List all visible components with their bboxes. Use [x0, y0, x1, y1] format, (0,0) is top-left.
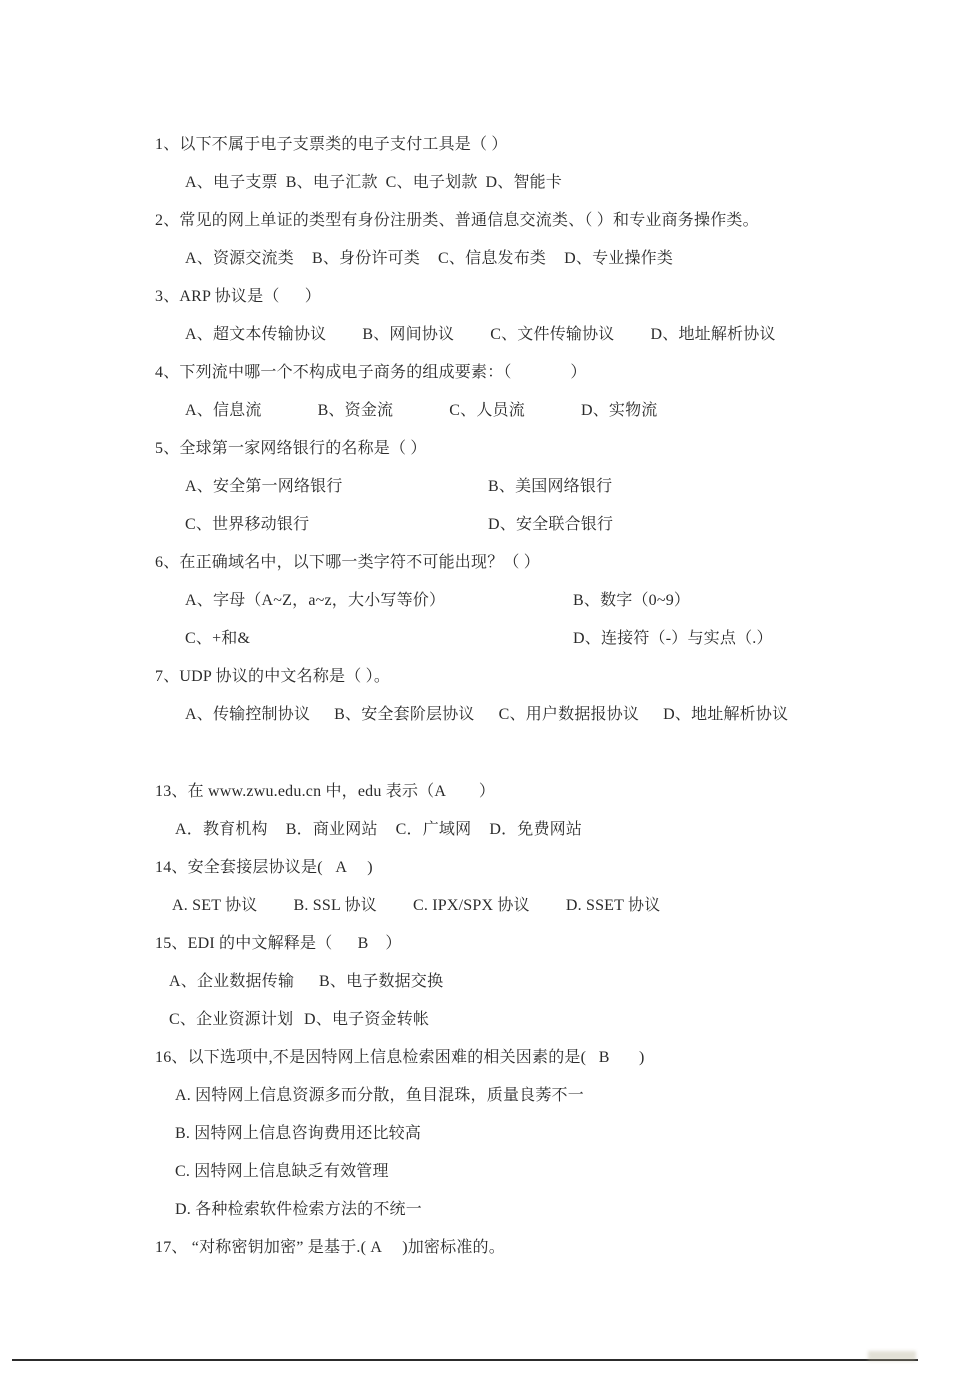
option: D. 各种检索软件检索方法的不统一 — [175, 1196, 422, 1219]
question-4: 4、下列流中哪一个不构成电子商务的组成要素：（ ）A、信息流B、资金流C、人员流… — [155, 351, 845, 427]
option: B. 因特网上信息咨询费用还比较高 — [175, 1120, 421, 1143]
question-stem: 14、安全套接层协议是( A ) — [155, 846, 845, 884]
option: C、信息发布类 — [438, 245, 546, 268]
option: B、身份许可类 — [312, 245, 420, 268]
option-line: A．教育机构B．商业网站C．广域网D．免费网站 — [175, 808, 845, 846]
option: B. SSL 协议 — [294, 892, 377, 915]
question-5: 5、全球第一家网络银行的名称是（ ）A、安全第一网络银行B、美国网络银行C、世界… — [155, 427, 845, 541]
question-stem: 3、ARP 协议是（ ） — [155, 275, 845, 313]
question-stem: 1、以下不属于电子支票类的电子支付工具是（ ） — [155, 123, 845, 161]
question-stem: 4、下列流中哪一个不构成电子商务的组成要素：（ ） — [155, 351, 845, 389]
option: D、地址解析协议 — [651, 321, 776, 344]
option: A、传输控制协议 — [185, 701, 310, 724]
option: B、数字（0~9） — [573, 587, 690, 610]
option: D、实物流 — [581, 397, 658, 420]
question-list: 1、以下不属于电子支票类的电子支付工具是（ ）A、电子支票B、电子汇款C、电子划… — [155, 123, 845, 1264]
question-15: 15、EDI 的中文解释是（ B ）A、企业数据传输B、电子数据交换C、企业资源… — [155, 922, 845, 1036]
option: B、安全套阶层协议 — [334, 701, 474, 724]
option: C、用户数据报协议 — [499, 701, 639, 724]
option: D. SSET 协议 — [566, 892, 661, 915]
option: C、文件传输协议 — [490, 321, 614, 344]
footer-smudge — [868, 1351, 916, 1361]
option: A、字母（A~Z，a~z，大小写等价） — [185, 587, 573, 610]
option-line: C、+和&D、连接符（-）与实点（.） — [185, 617, 845, 655]
option: A. SET 协议 — [172, 892, 258, 915]
option-line: C、企业资源计划D、电子资金转帐 — [169, 998, 845, 1036]
question-1: 1、以下不属于电子支票类的电子支付工具是（ ）A、电子支票B、电子汇款C、电子划… — [155, 123, 845, 199]
option: C、企业资源计划 — [169, 1006, 304, 1029]
option: A. 因特网上信息资源多而分散，鱼目混珠，质量良莠不一 — [175, 1082, 584, 1105]
question-13: 13、在 www.zwu.edu.cn 中，edu 表示（A ）A．教育机构B．… — [155, 770, 845, 846]
option: A、安全第一网络银行 — [185, 473, 488, 496]
question-14: 14、安全套接层协议是( A )A. SET 协议B. SSL 协议C. IPX… — [155, 846, 845, 922]
option-line: A、资源交流类B、身份许可类C、信息发布类D、专业操作类 — [185, 237, 845, 275]
option: C. 因特网上信息缺乏有效管理 — [175, 1158, 389, 1181]
option-line: A、安全第一网络银行B、美国网络银行 — [185, 465, 845, 503]
footer-rule — [12, 1359, 918, 1361]
option-line: D. 各种检索软件检索方法的不统一 — [175, 1188, 845, 1226]
option: C、人员流 — [449, 397, 525, 420]
option-line: C. 因特网上信息缺乏有效管理 — [175, 1150, 845, 1188]
question-6: 6、在正确域名中，以下哪一类字符不可能出现？（ ）A、字母（A~Z，a~z，大小… — [155, 541, 845, 655]
option: B、网间协议 — [362, 321, 454, 344]
option: B、电子汇款 — [286, 169, 378, 192]
question-16: 16、以下选项中,不是因特网上信息检索困难的相关因素的是( B )A. 因特网上… — [155, 1036, 845, 1226]
option-line: B. 因特网上信息咨询费用还比较高 — [175, 1112, 845, 1150]
option: A、超文本传输协议 — [185, 321, 326, 344]
option: D、地址解析协议 — [663, 701, 788, 724]
question-stem: 7、UDP 协议的中文名称是（ ）。 — [155, 655, 845, 693]
option: C、+和& — [185, 625, 573, 648]
option: B、美国网络银行 — [488, 473, 612, 496]
option: D、专业操作类 — [564, 245, 673, 268]
option-line: A、信息流B、资金流C、人员流D、实物流 — [185, 389, 845, 427]
option-line: A. 因特网上信息资源多而分散，鱼目混珠，质量良莠不一 — [175, 1074, 845, 1112]
option: C、电子划款 — [386, 169, 478, 192]
question-2: 2、常见的网上单证的类型有身份注册类、普通信息交流类、（ ）和专业商务操作类。A… — [155, 199, 845, 275]
question-stem: 13、在 www.zwu.edu.cn 中，edu 表示（A ） — [155, 770, 845, 808]
option: A、资源交流类 — [185, 245, 294, 268]
question-stem: 17、 “对称密钥加密” 是基于.( A )加密标准的。 — [155, 1226, 845, 1264]
option: A、企业数据传输 — [169, 968, 319, 991]
option-line: A、传输控制协议B、安全套阶层协议C、用户数据报协议D、地址解析协议 — [185, 693, 845, 731]
option: C．广域网 — [396, 816, 472, 839]
option: C、世界移动银行 — [185, 511, 488, 534]
option: A、电子支票 — [185, 169, 278, 192]
option: D、安全联合银行 — [488, 511, 613, 534]
option: D、智能卡 — [486, 169, 563, 192]
question-stem: 16、以下选项中,不是因特网上信息检索困难的相关因素的是( B ) — [155, 1036, 845, 1074]
question-stem: 5、全球第一家网络银行的名称是（ ） — [155, 427, 845, 465]
question-17: 17、 “对称密钥加密” 是基于.( A )加密标准的。 — [155, 1226, 845, 1264]
option-line: C、世界移动银行D、安全联合银行 — [185, 503, 845, 541]
option: C. IPX/SPX 协议 — [413, 892, 530, 915]
option: A．教育机构 — [175, 816, 268, 839]
option: B、资金流 — [318, 397, 394, 420]
option: B、电子数据交换 — [319, 968, 443, 991]
question-stem: 6、在正确域名中，以下哪一类字符不可能出现？（ ） — [155, 541, 845, 579]
question-stem: 2、常见的网上单证的类型有身份注册类、普通信息交流类、（ ）和专业商务操作类。 — [155, 199, 845, 237]
option-line: A、企业数据传输B、电子数据交换 — [169, 960, 845, 998]
option: D．免费网站 — [489, 816, 582, 839]
exam-page: 1、以下不属于电子支票类的电子支付工具是（ ）A、电子支票B、电子汇款C、电子划… — [0, 0, 967, 1373]
question-7: 7、UDP 协议的中文名称是（ ）。A、传输控制协议B、安全套阶层协议C、用户数… — [155, 655, 845, 731]
option-line: A、电子支票B、电子汇款C、电子划款D、智能卡 — [185, 161, 845, 199]
option: B．商业网站 — [286, 816, 378, 839]
option-line: A、超文本传输协议B、网间协议C、文件传输协议D、地址解析协议 — [185, 313, 845, 351]
question-stem: 15、EDI 的中文解释是（ B ） — [155, 922, 845, 960]
option-line: A. SET 协议B. SSL 协议C. IPX/SPX 协议D. SSET 协… — [172, 884, 845, 922]
option: A、信息流 — [185, 397, 262, 420]
option-line: A、字母（A~Z，a~z，大小写等价）B、数字（0~9） — [185, 579, 845, 617]
option: D、连接符（-）与实点（.） — [573, 625, 773, 648]
option: D、电子资金转帐 — [304, 1006, 429, 1029]
question-3: 3、ARP 协议是（ ）A、超文本传输协议B、网间协议C、文件传输协议D、地址解… — [155, 275, 845, 351]
